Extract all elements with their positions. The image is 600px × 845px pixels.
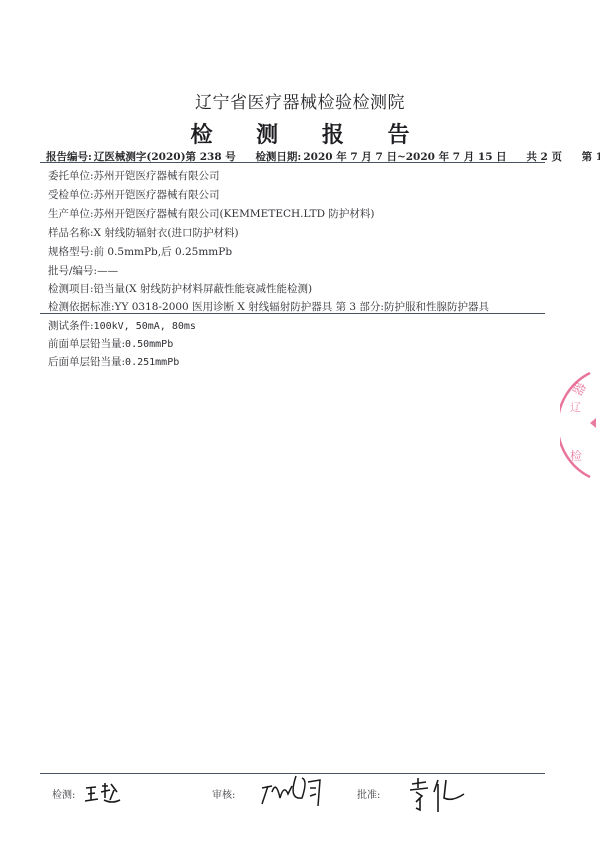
field-inspected-unit: 受检单位:苏州开铠医疗器械有限公司 xyxy=(48,187,220,202)
official-seal-stamp: 器 辽 检 xyxy=(560,365,600,485)
field-label: 受检单位: xyxy=(48,189,94,201)
field-value: 前 0.5mmPb,后 0.25mmPb xyxy=(94,246,233,258)
field-value: X 射线防辐射衣(进口防护材料) xyxy=(94,227,239,239)
svg-text:器: 器 xyxy=(570,380,589,399)
tester-signature xyxy=(84,780,124,806)
field-value: —— xyxy=(97,265,118,277)
field-value: 苏州开铠医疗器械有限公司(KEMMETECH.LTD 防护材料) xyxy=(94,208,375,220)
field-test-standard: 检测依据标准:YY 0318-2000 医用诊断 X 射线辐射防护器具 第 3 … xyxy=(48,299,489,314)
field-value: 苏州开铠医疗器械有限公司 xyxy=(94,170,220,182)
svg-text:辽: 辽 xyxy=(570,401,581,414)
reviewer-label: 审核: xyxy=(212,786,235,801)
result-label: 前面单层铅当量: xyxy=(48,338,125,350)
result-value: 100kV, 50mA, 80ms xyxy=(94,321,196,332)
result-label: 测试条件: xyxy=(48,320,94,332)
fields-divider xyxy=(40,313,545,314)
reviewer-signature xyxy=(258,770,346,810)
field-label: 批号/编号: xyxy=(48,265,97,277)
field-manufacturer: 生产单位:苏州开铠医疗器械有限公司(KEMMETECH.LTD 防护材料) xyxy=(48,206,375,221)
svg-text:检: 检 xyxy=(570,448,582,463)
document-title: 检 测 报 告 xyxy=(0,118,600,149)
approver-signature xyxy=(408,776,472,814)
signature-row: 检测: 审核: 批准: xyxy=(0,782,600,812)
field-value: 铅当量(X 射线防护材料屏蔽性能衰减性能检测) xyxy=(94,283,313,295)
tester-label: 检测: xyxy=(52,786,75,801)
field-sample-name: 样品名称:X 射线防辐射衣(进口防护材料) xyxy=(48,225,239,240)
approver-label: 批准: xyxy=(357,786,380,801)
field-label: 检测项目: xyxy=(48,283,94,295)
result-value: 0.251mmPb xyxy=(125,357,179,368)
field-client: 委托单位:苏州开铠医疗器械有限公司 xyxy=(48,168,220,183)
result-back-lead-equivalent: 后面单层铅当量:0.251mmPb xyxy=(48,354,179,369)
field-label: 检测依据标准: xyxy=(48,301,115,313)
header-divider xyxy=(40,162,545,163)
result-value: 0.50mmPb xyxy=(125,339,173,350)
field-value: 苏州开铠医疗器械有限公司 xyxy=(94,189,220,201)
field-label: 样品名称: xyxy=(48,227,94,239)
field-label: 规格型号: xyxy=(48,246,94,258)
field-label: 委托单位: xyxy=(48,170,94,182)
page-number: 第 1 页 xyxy=(582,151,600,163)
result-front-lead-equivalent: 前面单层铅当量:0.50mmPb xyxy=(48,336,173,351)
field-label: 生产单位: xyxy=(48,208,94,220)
result-test-conditions: 测试条件:100kV, 50mA, 80ms xyxy=(48,318,196,333)
field-test-item: 检测项目:铅当量(X 射线防护材料屏蔽性能衰减性能检测) xyxy=(48,281,312,296)
institute-name: 辽宁省医疗器械检验检测院 xyxy=(0,88,600,113)
field-value: YY 0318-2000 医用诊断 X 射线辐射防护器具 第 3 部分:防护服和… xyxy=(115,301,489,313)
field-model: 规格型号:前 0.5mmPb,后 0.25mmPb xyxy=(48,244,232,259)
field-batch-number: 批号/编号:—— xyxy=(48,263,118,278)
result-label: 后面单层铅当量: xyxy=(48,356,125,368)
